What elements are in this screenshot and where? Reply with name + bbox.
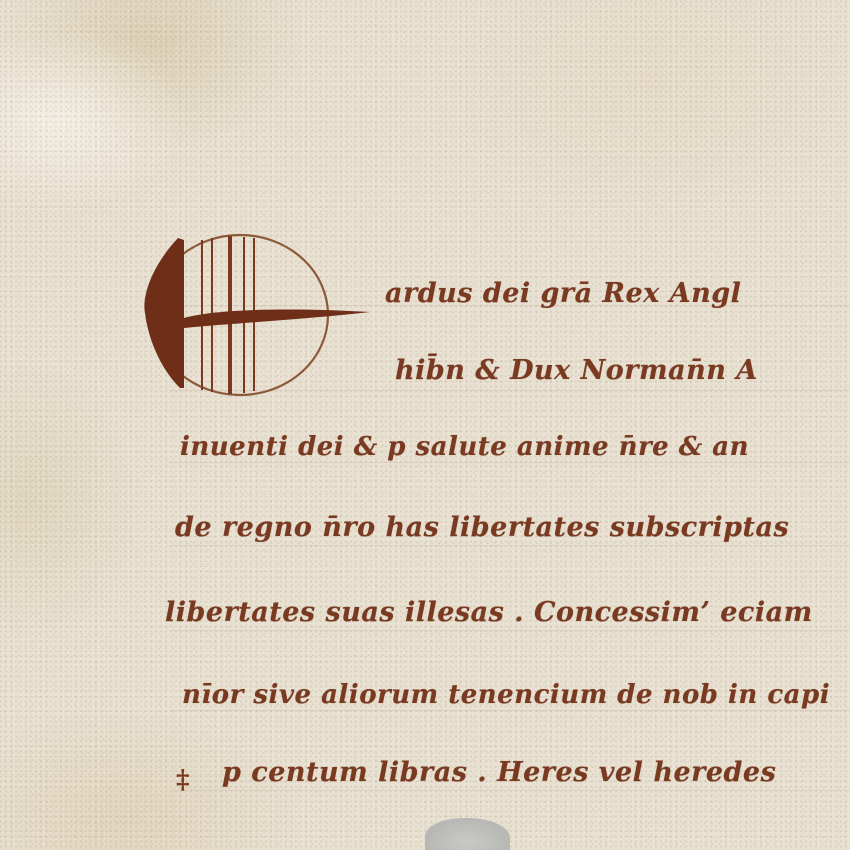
parchment-texture — [0, 0, 850, 850]
margin-paragraph-mark: ‡ — [176, 765, 190, 795]
manuscript-line-1: ardus dei grā Rex Angl — [385, 278, 741, 309]
parchment-stain — [425, 818, 510, 850]
manuscript-line-7: p centum libras . Heres vel heredes — [222, 757, 776, 788]
ruling-line — [170, 630, 850, 631]
manuscript-line-2: hib̄n & Dux Norman̄n A — [395, 355, 758, 386]
manuscript-line-5: libertates suas illesas . Concessim’ eci… — [165, 597, 813, 628]
ruling-line — [170, 710, 850, 711]
ruling-line — [170, 790, 850, 791]
ruling-line — [170, 462, 850, 463]
ruling-line — [170, 545, 850, 546]
manuscript-line-6: nīor sive aliorum tenencium de nob in c… — [182, 680, 830, 710]
illuminated-initial-e-icon — [140, 228, 375, 403]
manuscript-line-3: inuenti dei & p salute anime n̄re & an — [180, 432, 749, 462]
manuscript-line-4: de regno n̄ro has libertates subscriptas — [175, 512, 789, 543]
